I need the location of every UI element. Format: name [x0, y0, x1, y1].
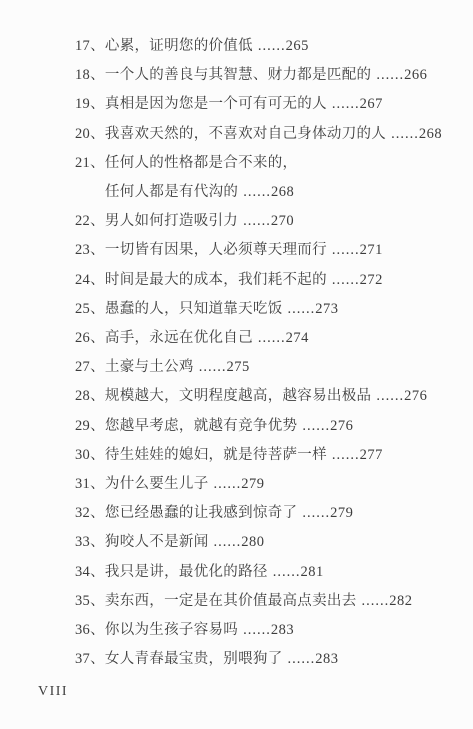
toc-entry-title: 高手，永远在优化自己: [105, 330, 253, 346]
toc-entry: 26、高手，永远在优化自己......274: [75, 324, 463, 353]
dot-leader: ......: [302, 418, 330, 434]
toc-entry-title: 我只是讲，最优化的路径: [105, 564, 268, 580]
dot-leader: ......: [214, 476, 242, 492]
toc-entry: 30、待生娃娃的媳妇，就是待菩萨一样......277: [75, 441, 463, 470]
toc-entry-title-line2: 任何人都是有代沟的: [105, 184, 238, 200]
toc-entry-continuation-line: 任何人都是有代沟的......268: [75, 178, 463, 207]
toc-entry-line: 18、一个人的善良与其智慧、财力都是匹配的......266: [75, 61, 463, 90]
toc-entry-number: 27、: [75, 359, 105, 375]
toc-entry-title: 我喜欢天然的，不喜欢对自己身体动刀的人: [105, 126, 386, 142]
toc-entry: 36、你以为生孩子容易吗......283: [75, 616, 463, 645]
dot-leader: ......: [243, 622, 271, 638]
toc-entry-number: 36、: [75, 622, 105, 638]
toc-entry-title: 您已经愚蠢的让我感到惊奇了: [105, 505, 297, 521]
toc-entry-title: 土豪与土公鸡: [105, 359, 194, 375]
toc-page-number: 268: [271, 184, 294, 200]
toc-entry-number: 19、: [75, 96, 105, 112]
toc-entry: 25、愚蠢的人，只知道靠天吃饭......273: [75, 295, 463, 324]
dot-leader: ......: [362, 593, 390, 609]
toc-entry-number: 22、: [75, 213, 105, 229]
toc-entry-number: 23、: [75, 242, 105, 258]
toc-entry-title: 一切皆有因果，人必须尊天理而行: [105, 242, 327, 258]
toc-page-number: 271: [360, 242, 383, 258]
dot-leader: ......: [214, 534, 242, 550]
toc-entry-line: 33、狗咬人不是新闻......280: [75, 528, 463, 557]
toc-entry: 29、您越早考虑，就越有竞争优势......276: [75, 412, 463, 441]
dot-leader: ......: [243, 184, 271, 200]
toc-entry-line: 22、男人如何打造吸引力......270: [75, 207, 463, 236]
toc-entry: 32、您已经愚蠢的让我感到惊奇了......279: [75, 499, 463, 528]
toc-entry-line: 28、规模越大，文明程度越高，越容易出极品......276: [75, 382, 463, 411]
toc-entry-number: 26、: [75, 330, 105, 346]
toc-entry: 37、女人青春最宝贵，别喂狗了......283: [75, 645, 463, 674]
toc-entry-line: 34、我只是讲，最优化的路径......281: [75, 558, 463, 587]
dot-leader: ......: [376, 67, 404, 83]
toc-entry-number: 25、: [75, 301, 105, 317]
toc-entry-title: 待生娃娃的媳妇，就是待菩萨一样: [105, 447, 327, 463]
toc-entry-line: 32、您已经愚蠢的让我感到惊奇了......279: [75, 499, 463, 528]
dot-leader: ......: [332, 272, 360, 288]
toc-entry-line: 37、女人青春最宝贵，别喂狗了......283: [75, 645, 463, 674]
toc-entry-title: 男人如何打造吸引力: [105, 213, 238, 229]
toc-entry-title: 您越早考虑，就越有竞争优势: [105, 418, 297, 434]
toc-entry-line: 35、卖东西，一定是在其价值最高点卖出去......282: [75, 587, 463, 616]
toc-page-number: 273: [315, 301, 338, 317]
toc-entry-number: 32、: [75, 505, 105, 521]
toc-entry: 33、狗咬人不是新闻......280: [75, 528, 463, 557]
toc-page-number: 276: [404, 388, 427, 404]
toc-page-number: 275: [226, 359, 249, 375]
dot-leader: ......: [258, 330, 286, 346]
toc-entry-number: 21、: [75, 155, 105, 171]
toc-entry-number: 24、: [75, 272, 105, 288]
toc-entry-line: 30、待生娃娃的媳妇，就是待菩萨一样......277: [75, 441, 463, 470]
toc-entry: 21、任何人的性格都是合不来的， 任何人都是有代沟的......268: [75, 149, 463, 207]
toc-page-number: 282: [389, 593, 412, 609]
dot-leader: ......: [391, 126, 419, 142]
toc-entry-number: 28、: [75, 388, 105, 404]
toc-entry-line: 29、您越早考虑，就越有竞争优势......276: [75, 412, 463, 441]
toc-entry-number: 29、: [75, 418, 105, 434]
toc-entry-title: 狗咬人不是新闻: [105, 534, 209, 550]
toc-entry: 31、为什么要生儿子......279: [75, 470, 463, 499]
toc-entry: 20、我喜欢天然的，不喜欢对自己身体动刀的人......268: [75, 120, 463, 149]
toc-list: 17、心累，证明您的价值低......265 18、一个人的善良与其智慧、财力都…: [75, 32, 463, 674]
toc-page-number: 281: [300, 564, 323, 580]
toc-entry-line: 20、我喜欢天然的，不喜欢对自己身体动刀的人......268: [75, 120, 463, 149]
toc-page-number: 279: [241, 476, 264, 492]
toc-page-number: 283: [271, 622, 294, 638]
toc-entry-title: 一个人的善良与其智慧、财力都是匹配的: [105, 67, 371, 83]
toc-entry: 27、土豪与土公鸡......275: [75, 353, 463, 382]
toc-page-number: 265: [286, 38, 309, 54]
toc-entry: 23、一切皆有因果，人必须尊天理而行......271: [75, 236, 463, 265]
dot-leader: ......: [243, 213, 271, 229]
toc-page-number: 274: [286, 330, 309, 346]
toc-entry-line: 24、时间是最大的成本，我们耗不起的......272: [75, 266, 463, 295]
toc-entry-number: 33、: [75, 534, 105, 550]
dot-leader: ......: [302, 505, 330, 521]
toc-page-number: 267: [360, 96, 383, 112]
toc-entry-number: 37、: [75, 651, 105, 667]
toc-entry-line: 21、任何人的性格都是合不来的，: [75, 149, 463, 178]
dot-leader: ......: [273, 564, 301, 580]
toc-entry-line: 27、土豪与土公鸡......275: [75, 353, 463, 382]
toc-entry: 35、卖东西，一定是在其价值最高点卖出去......282: [75, 587, 463, 616]
toc-entry-title: 任何人的性格都是合不来的，: [105, 155, 297, 171]
dot-leader: ......: [332, 242, 360, 258]
toc-entry-title: 愚蠢的人，只知道靠天吃饭: [105, 301, 283, 317]
dot-leader: ......: [376, 388, 404, 404]
toc-entry-title: 女人青春最宝贵，别喂狗了: [105, 651, 283, 667]
toc-page-number: 270: [271, 213, 294, 229]
dot-leader: ......: [332, 96, 360, 112]
toc-page-number: 279: [330, 505, 353, 521]
toc-entry-title: 为什么要生儿子: [105, 476, 209, 492]
toc-entry-number: 17、: [75, 38, 105, 54]
toc-entry-title: 真相是因为您是一个可有可无的人: [105, 96, 327, 112]
toc-entry: 34、我只是讲，最优化的路径......281: [75, 558, 463, 587]
toc-entry: 28、规模越大，文明程度越高，越容易出极品......276: [75, 382, 463, 411]
toc-entry-title: 时间是最大的成本，我们耗不起的: [105, 272, 327, 288]
toc-entry: 24、时间是最大的成本，我们耗不起的......272: [75, 266, 463, 295]
toc-entry-title: 心累，证明您的价值低: [105, 38, 253, 54]
toc-entry-line: 36、你以为生孩子容易吗......283: [75, 616, 463, 645]
dot-leader: ......: [288, 301, 316, 317]
toc-page-number: 272: [360, 272, 383, 288]
toc-entry: 19、真相是因为您是一个可有可无的人......267: [75, 90, 463, 119]
toc-entry-line: 23、一切皆有因果，人必须尊天理而行......271: [75, 236, 463, 265]
toc-entry-line: 25、愚蠢的人，只知道靠天吃饭......273: [75, 295, 463, 324]
dot-leader: ......: [332, 447, 360, 463]
toc-entry-number: 35、: [75, 593, 105, 609]
toc-page-number: 266: [404, 67, 427, 83]
footer-page-number: VIII: [38, 683, 68, 700]
toc-entry-line: 31、为什么要生儿子......279: [75, 470, 463, 499]
toc-entry-line: 17、心累，证明您的价值低......265: [75, 32, 463, 61]
toc-page-number: 280: [241, 534, 264, 550]
toc-entry-number: 30、: [75, 447, 105, 463]
toc-page-number: 268: [419, 126, 442, 142]
toc-entry: 22、男人如何打造吸引力......270: [75, 207, 463, 236]
toc-entry: 18、一个人的善良与其智慧、财力都是匹配的......266: [75, 61, 463, 90]
toc-entry-number: 20、: [75, 126, 105, 142]
toc-entry-number: 31、: [75, 476, 105, 492]
toc-entry-line: 19、真相是因为您是一个可有可无的人......267: [75, 90, 463, 119]
toc-entry-title: 卖东西，一定是在其价值最高点卖出去: [105, 593, 357, 609]
toc-entry-line: 26、高手，永远在优化自己......274: [75, 324, 463, 353]
toc-entry-title: 规模越大，文明程度越高，越容易出极品: [105, 388, 371, 404]
toc-entry-number: 34、: [75, 564, 105, 580]
toc-entry-number: 18、: [75, 67, 105, 83]
dot-leader: ......: [199, 359, 227, 375]
toc-entry: 17、心累，证明您的价值低......265: [75, 32, 463, 61]
toc-entry-title: 你以为生孩子容易吗: [105, 622, 238, 638]
dot-leader: ......: [258, 38, 286, 54]
book-toc-page: 17、心累，证明您的价值低......265 18、一个人的善良与其智慧、财力都…: [0, 0, 473, 729]
toc-page-number: 283: [315, 651, 338, 667]
toc-page-number: 277: [360, 447, 383, 463]
toc-page-number: 276: [330, 418, 353, 434]
dot-leader: ......: [288, 651, 316, 667]
